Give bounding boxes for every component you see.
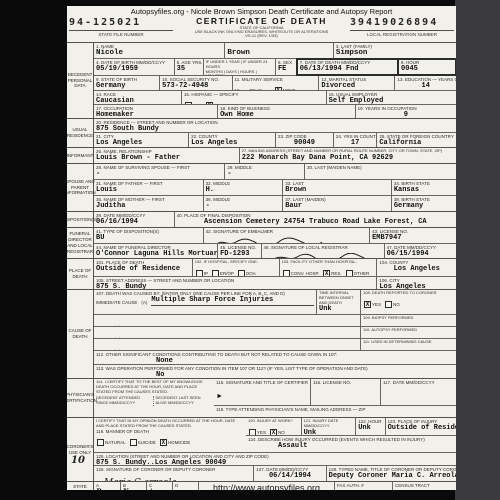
section-decedent-personal-data: DECEDENT PERSONAL DATA 1. NAMENicole Bro… — [67, 43, 456, 119]
field-date-of-birth: 4. DATE OF BIRTH MM/DD/CCYY05/19/1959 — [94, 59, 174, 75]
checkbox-homicide: X — [160, 439, 167, 446]
field-injury-hour: 122. HOURUnk — [355, 418, 384, 435]
field-census-tract: CENSUS TRACT — [392, 482, 456, 490]
field-sex: 6. SEXFE — [275, 59, 297, 75]
field-certifier-license: 116. LICENSE NO. — [310, 379, 380, 405]
field-residence-zip: 23. ZIP CODE90049 — [275, 133, 333, 147]
field-manner-of-death: I CERTIFY THAT IN MY OPINION DEATH OCCUR… — [94, 418, 246, 452]
field-spouse-first: 28. NAME OF SURVIVING SPOUSE — FIRST- — [94, 164, 224, 179]
field-coroner-typed-name: 128. TYPED NAME, TITLE OF CORONER OR DEP… — [326, 466, 456, 481]
field-father-middle: 32. MIDDLEH. — [203, 180, 283, 195]
field-spouse-last: 30. LAST (MAIDEN NAME) — [304, 164, 456, 179]
field-injury-location: 125. LOCATION (STREET AND NUMBER OR LOCA… — [94, 453, 456, 465]
field-informant-mailing-address: 27. MAILING ADDRESS (STREET AND NUMBER O… — [239, 148, 456, 163]
field-physician-certify: 114. I CERTIFY THAT TO THE BEST OF MY KN… — [94, 379, 214, 417]
checkbox-coroner-yes: X — [364, 301, 371, 308]
section-place-of-death: PLACE OF DEATH 101. PLACE OF DEATHOutsid… — [67, 259, 456, 290]
checkbox-work-no: X — [270, 429, 277, 435]
field-residence-address: 20. RESIDENCE — STREET AND NUMBER OR LOC… — [94, 119, 456, 132]
section-spouse-parent: SPOUSE AND PARENT INFORMATION 28. NAME O… — [67, 164, 456, 212]
field-funeral-director-name: 44. NAME OF FUNERAL DIRECTORO'Connor Lag… — [94, 244, 217, 258]
field-spouse-middle: 29. MIDDLE- — [224, 164, 304, 179]
section-label-place-of-death: PLACE OF DEATH — [67, 259, 94, 289]
local-registration-block: 39419026894 LOCAL REGISTRATION NUMBER — [348, 17, 456, 42]
field-kind-of-business: 18. KIND OF BUSINESSOwn Home — [217, 105, 355, 118]
registrar-cell-d: D — [172, 482, 198, 490]
registrar-cell-b: BX — [120, 482, 146, 490]
field-place-of-injury: 123. PLACE OF INJURYOutside of Residence — [385, 418, 456, 435]
certificate-title-block: CERTIFICATE OF DEATH STATE OF CALIFORNIA… — [175, 17, 348, 42]
section-physician-certification: PHYSICIAN'S CERTIFICATION 114. I CERTIFY… — [67, 379, 456, 418]
registrar-signature-scribble — [271, 253, 371, 258]
checkbox-conv-hosp — [283, 270, 290, 276]
field-autopsy: 110. AUTOPSY PERFORMEDXYESNO — [360, 327, 456, 338]
field-certifier-date: 117. DATE MM/DD/CCYY — [380, 379, 456, 405]
field-disposition-type: 41. TYPE OF DISPOSITION(S)BU — [94, 228, 203, 243]
field-facility-other: 103. FACILITY OTHER THAN HOSPITAL:CONV. … — [279, 259, 377, 276]
field-used-in-determining: 111. USED IN DETERMINING CAUSEXYESNO — [360, 339, 456, 350]
checkbox-work-yes — [249, 429, 256, 435]
site-watermark-bottom: http://www.autopsyfiles.org — [198, 482, 334, 490]
field-occupation: 17. OCCUPATIONHomemaker — [94, 105, 217, 118]
field-education: 13. EDUCATION — YEARS COMPLETED14 — [394, 76, 456, 90]
section-state-registrar: STATE REGISTRAR AR BX C/ D http://www.au… — [67, 482, 456, 490]
section-label-decedent: DECEDENT PERSONAL DATA — [67, 43, 94, 118]
signature-arrow-icon: ► — [216, 393, 223, 400]
checkbox-doa — [238, 270, 245, 276]
state-file-number-stamp: 94-125021 — [69, 17, 173, 28]
death-certificate-document: Autopsyfiles.org - Nicole Brown Simpson … — [67, 6, 456, 490]
field-if-hospital: 102. IF HOSPITAL, SPECIFY ONE:IPER/OPDOA — [192, 259, 279, 276]
handwritten-mark: / — [149, 488, 170, 490]
field-years-in-county: 24. YRS IN COUNTY17 — [333, 133, 376, 147]
checkbox-natural — [97, 439, 104, 446]
field-cause-line-a: 107. DEATH WAS CAUSED BY: (ENTER ONLY ON… — [94, 290, 316, 314]
field-death-county: 104. COUNTYLos Angeles — [376, 259, 456, 276]
section-informant: INFORMANT 26. NAME, RELATIONSHIPLouis Br… — [67, 148, 456, 164]
field-biopsy: 109. BIOPSY PERFORMEDYESXNO — [360, 315, 456, 326]
checkbox-coroner-no — [385, 301, 392, 308]
field-attending-physician: 118. TYPE ATTENDING PHYSICIAN'S NAME, MA… — [214, 406, 456, 417]
checkbox-erop — [212, 270, 219, 276]
scan-right-band — [455, 0, 500, 500]
field-father-birth-state: 34. BIRTH STATEKansas — [391, 180, 456, 195]
field-death-city: 106. CITYLos Angeles — [376, 277, 456, 289]
field-usual-employer: 16. USUAL EMPLOYERSelf Employed — [326, 91, 456, 104]
section-coroner-use-only: CORONER'S USE ONLY10 I CERTIFY THAT IN M… — [67, 418, 456, 482]
state-file-number-block: 94-125021 STATE FILE NUMBER — [67, 17, 175, 42]
field-date-of-death: 7. DATE OF DEATH MM/DD/CCYY06/13/1994 Fn… — [297, 59, 398, 75]
field-other-conditions: 112. OTHER SIGNIFICANT CONDITIONS CONTRI… — [94, 351, 456, 364]
section-label-residence: USUAL RESIDENCE — [67, 119, 94, 147]
field-mother-first: 35. NAME OF MOTHER — FIRSTJuditha — [94, 196, 203, 211]
field-mother-last: 37. LAST (MAIDEN)Baur — [282, 196, 391, 211]
registrar-cell-c: C/ — [146, 482, 172, 490]
field-marital-status: 12. MARITAL STATUSDivorced — [318, 76, 394, 90]
field-reported-to-coroner: 108. DEATH REPORTED TO CORONERXYESNOREFE… — [360, 290, 456, 314]
section-label-coroner: CORONER'S USE ONLY10 — [67, 418, 94, 481]
checkbox-hispanic-yes — [185, 102, 192, 104]
field-interval: TIME INTERVAL BETWEEN ONSET AND DEATHUnk — [316, 290, 360, 314]
field-fax-auth: FAX AUTH. # — [334, 482, 392, 490]
checkbox-suicide — [130, 439, 137, 446]
section-label-funeral: FUNERAL DIRECTOR AND LOCAL REGISTRAR — [67, 228, 94, 258]
state-file-number-label: STATE FILE NUMBER — [69, 30, 173, 37]
field-injured-at-work: 120. INJURY AT WORK?YESXNO — [246, 418, 301, 435]
checkbox-hispanic-no: X — [206, 102, 213, 104]
field-name-last: 3. LAST (FAMILY)Simpson — [333, 43, 456, 58]
field-disposition-date: 39. DATE MM/DD/CCYY06/16/1994 — [94, 212, 174, 227]
section-label-disposition: DISPOSITION(S) — [67, 212, 94, 227]
field-certifier-signature: 115. SIGNATURE AND TITLE OF CERTIFIER► — [214, 379, 310, 405]
section-label-state-registrar: STATE REGISTRAR — [67, 482, 94, 490]
field-embalmer-signature: 42. SIGNATURE OF EMBALMER► — [203, 228, 370, 243]
checkbox-military-none: X — [275, 87, 282, 90]
field-hispanic: 15. HISPANIC — SPECIFYYESXNO — [181, 91, 326, 104]
certificate-form-rev: VS-11 (REV. 1/93) — [175, 34, 348, 38]
handwritten-margin-note: 10 — [71, 454, 85, 467]
certificate-header: 94-125021 STATE FILE NUMBER CERTIFICATE … — [67, 17, 456, 43]
field-registrar-date: 47. DATE MM/DD/CCYY06/15/1994 — [384, 244, 456, 258]
handwritten-mark: X — [123, 488, 144, 490]
signature-arrow-icon: ► — [206, 242, 213, 243]
section-funeral-director: FUNERAL DIRECTOR AND LOCAL REGISTRAR 41.… — [67, 228, 456, 259]
local-registration-stamp: 39419026894 — [350, 17, 454, 28]
field-military-service: 11. MILITARY SERVICE19 ___ TO 19 ___XNON… — [232, 76, 319, 90]
field-age: 5. AGE YRS.35 — [174, 59, 203, 75]
section-label-spouse-parent: SPOUSE AND PARENT INFORMATION — [67, 164, 94, 211]
field-residence-city: 21. CITYLos Angeles — [94, 133, 188, 147]
field-place-of-death: 101. PLACE OF DEATHOutside of Residence — [94, 259, 192, 276]
field-informant-name: 26. NAME, RELATIONSHIPLouis Brown - Fath… — [94, 148, 239, 163]
section-label-physician: PHYSICIAN'S CERTIFICATION — [67, 379, 94, 417]
field-under-one-year: IF UNDER 1 YEAR | IF UNDER 24 HOURSMONTH… — [203, 59, 275, 75]
signature-arrow-icon: ► — [96, 480, 103, 481]
section-label-cause: CAUSE OF DEATH — [67, 290, 94, 378]
field-hour-of-death: 8. HOUR0045 — [398, 59, 456, 75]
field-injury-date: 121. INJURY DATE MM/DD/CCYYUnk — [301, 418, 356, 435]
field-disposition-place: 40. PLACE OF FINAL DISPOSITIONAscension … — [174, 212, 456, 227]
field-cause-line-b: DUE TO (B) — [94, 315, 360, 326]
field-embalmer-license: 43. LICENSE NO.EMB7947 — [369, 228, 456, 243]
field-ssn: 10. SOCIAL SECURITY NO.573-72-4948 — [159, 76, 231, 90]
field-name-middle: Brown — [224, 43, 333, 58]
checkbox-ip — [196, 270, 203, 276]
section-label-informant: INFORMANT — [67, 148, 94, 163]
field-operation-performed: 113. WAS OPERATION PERFORMED FOR ANY CON… — [94, 365, 456, 378]
field-cause-line-d: DUE TO (D) — [94, 339, 360, 350]
field-name-first: 1. NAMENicole — [94, 43, 224, 58]
section-usual-residence: USUAL RESIDENCE 20. RESIDENCE — STREET A… — [67, 119, 456, 148]
field-race: 14. RACECaucasian — [94, 91, 181, 104]
field-coroner-date: 127. DATE MM/DD/CCYY06/14/1994 — [253, 466, 325, 481]
field-father-first: 31. NAME OF FATHER — FIRSTLouis — [94, 180, 203, 195]
field-mother-birth-state: 38. BIRTH STATEGermany — [391, 196, 456, 211]
field-local-registrar-signature: 46. SIGNATURE OF LOCAL REGISTRAR► — [261, 244, 384, 258]
checkbox-other-facility — [346, 270, 353, 276]
field-state-of-birth: 9. STATE OF BIRTHGermany — [94, 76, 159, 90]
section-cause-of-death: CAUSE OF DEATH 107. DEATH WAS CAUSED BY:… — [67, 290, 456, 379]
handwritten-mark: R — [96, 488, 118, 490]
field-years-in-occupation: 19. YEARS IN OCCUPATION9 — [355, 105, 456, 118]
field-how-injury-occurred: 124. DESCRIBE HOW INJURY OCCURRED (EVENT… — [246, 436, 456, 452]
coroner-signature-handwriting: Maria C arreola — [104, 478, 177, 481]
section-disposition: DISPOSITION(S) 39. DATE MM/DD/CCYY06/16/… — [67, 212, 456, 228]
field-funeral-director-license: 45. LICENSE NO.FD-1293 — [217, 244, 260, 258]
checkbox-res: X — [323, 270, 330, 276]
field-coroner-signature: 126. SIGNATURE OF CORONER OR DEPUTY CORO… — [94, 466, 253, 481]
background: Autopsyfiles.org - Nicole Brown Simpson … — [0, 0, 500, 500]
registrar-cell-a: AR — [94, 482, 120, 490]
field-residence-county: 22. COUNTYLos Angeles — [188, 133, 275, 147]
field-residence-state: 25. STATE OR FOREIGN COUNTRYCalifornia — [376, 133, 456, 147]
field-father-last: 33. LASTBrown — [282, 180, 391, 195]
field-mother-middle: 36. MIDDLE- — [203, 196, 283, 211]
local-registration-label: LOCAL REGISTRATION NUMBER — [350, 30, 454, 37]
field-cause-line-c: DUE TO (C) — [94, 327, 360, 338]
embalmer-signature-scribble — [214, 237, 324, 243]
field-death-street: 105. STREET ADDRESS — STREET AND NUMBER … — [94, 277, 376, 289]
